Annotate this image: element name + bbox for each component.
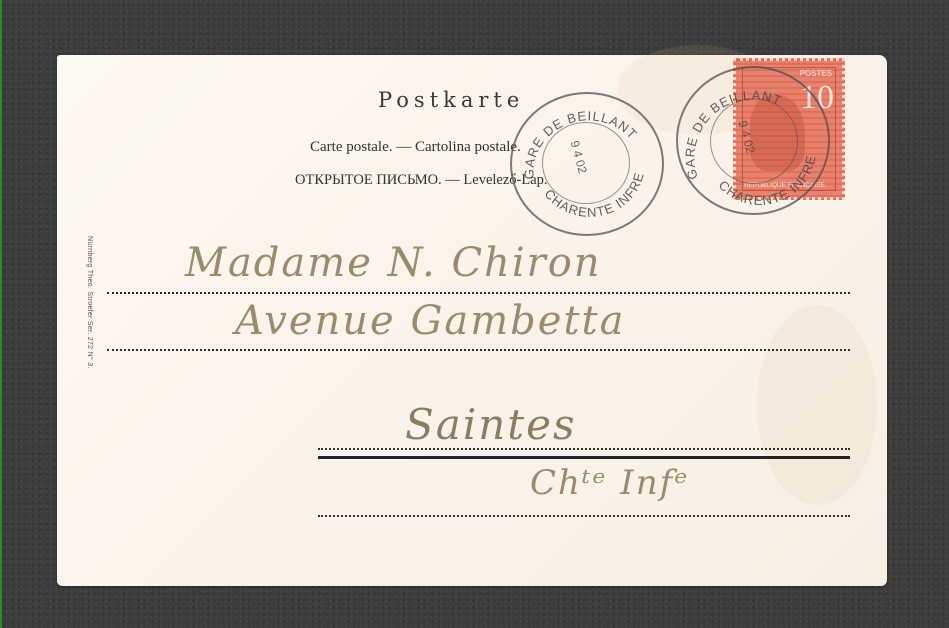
svg-text:CHARENTE INFRE: CHARENTE INFRE [542,170,647,220]
postcard-subtitle-languages: Carte postale. — Cartolina postale. [310,139,521,156]
handwritten-city: Saintes [405,400,577,449]
postmark-circle: GARE DE BEILLANT CHARENTE INFRE 9 4 02 [510,92,664,236]
postcard-subtitle-languages-2: ОТКРЫТОЕ ПИСЬМО. — Levelező-Lap. [295,172,548,189]
image-border [0,0,2,628]
address-line-2 [107,349,850,351]
postmark-circle: GARE DE BEILLANT CHARENTE INFRE 9 4 02 [676,66,830,215]
paper-stain [757,305,877,505]
postcard-title: Postkarte [378,88,524,112]
svg-text:GARE DE BEILLANT: GARE DE BEILLANT [682,87,784,181]
svg-text:CHARENTE INFRE: CHARENTE INFRE [716,154,819,209]
address-line-1 [107,292,850,294]
handwritten-street: Avenue Gambetta [235,298,625,344]
postmark-bottom-text: CHARENTE INFRE [542,170,647,220]
postmark-top-text: GARE DE BEILLANT [682,87,784,181]
address-line-3 [318,448,850,450]
address-line-4 [318,515,850,517]
handwritten-recipient: Madame N. Chiron [185,240,602,286]
handwritten-region: Chᵗᵉ Infᵉ [530,463,689,503]
address-underline [318,456,850,459]
postmark-bottom-text: CHARENTE INFRE [716,154,819,209]
publisher-imprint: Nürnberg Theo. Stroefer Ser. 272 N° 3. [86,236,93,369]
